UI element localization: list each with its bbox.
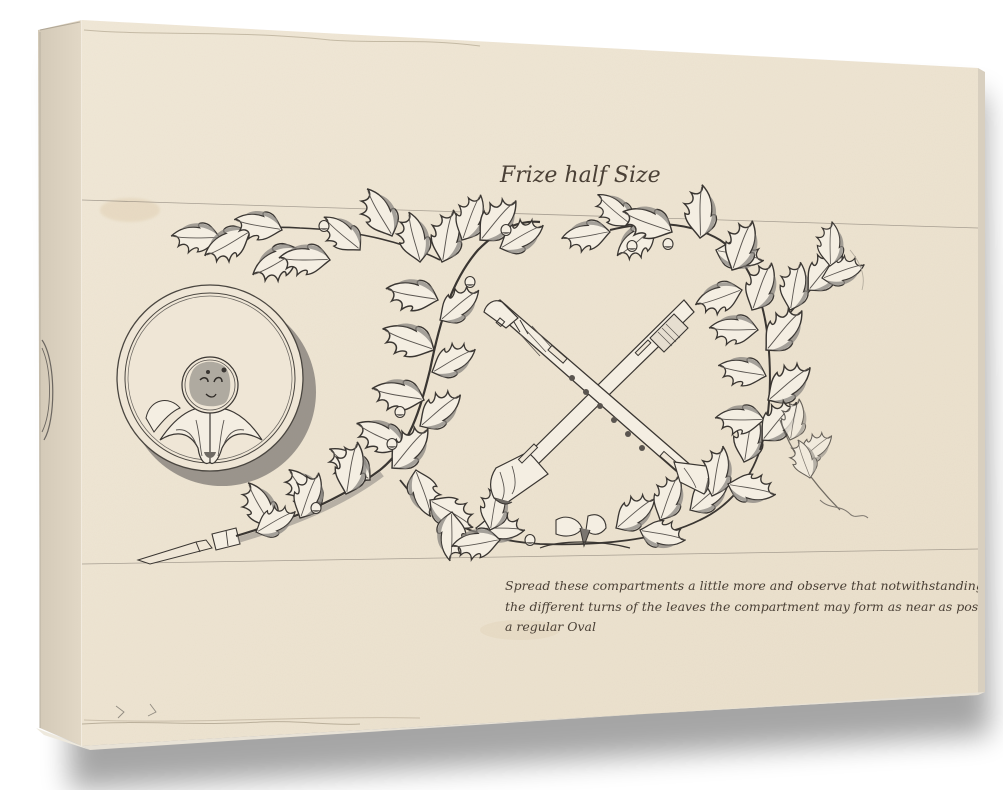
note-line-3: a regular Oval xyxy=(505,619,596,634)
lion-head xyxy=(182,357,238,413)
artwork-svg: Frize half Size xyxy=(0,0,1003,790)
title-inscription: Frize half Size xyxy=(499,163,661,188)
note-line-2: the different turns of the leaves the co… xyxy=(505,599,1003,614)
canvas-mockup: Frize half Size xyxy=(0,0,1003,790)
note-line-1: Spread these compartments a little more … xyxy=(505,578,984,593)
canvas-side-panel xyxy=(38,20,82,746)
